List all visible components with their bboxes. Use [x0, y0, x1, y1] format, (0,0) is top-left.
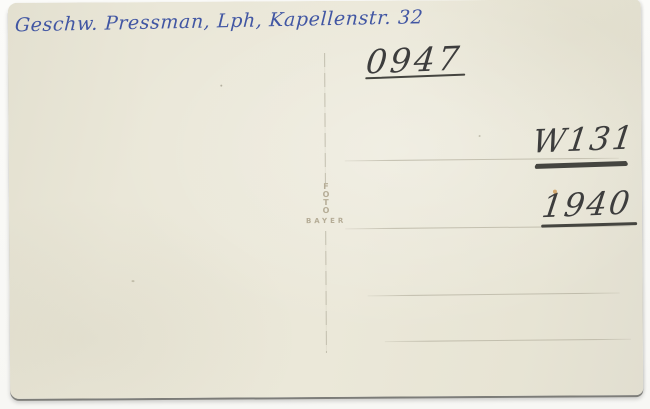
postcard-back: Geschw. Pressman, Lph, Kapellenstr. 32 0… — [8, 0, 643, 399]
address-line — [385, 339, 631, 342]
divider-line-top — [324, 53, 326, 183]
handwritten-negative-number: 0947 — [365, 41, 464, 78]
paper-speck — [553, 190, 557, 194]
paper-speck — [479, 135, 481, 137]
paper-speck — [220, 85, 222, 87]
paper-speck — [131, 280, 134, 282]
underline-code — [535, 162, 628, 169]
divider-line-bottom — [325, 231, 327, 353]
watermark-letter: O — [299, 207, 353, 215]
watermark-brand: BAYER — [299, 217, 353, 225]
foto-bayer-watermark: F O T O BAYER — [299, 183, 353, 225]
address-line — [368, 293, 620, 297]
handwritten-address-note: Geschw. Pressman, Lph, Kapellenstr. 32 — [14, 5, 375, 38]
photo-backdrop: Geschw. Pressman, Lph, Kapellenstr. 32 0… — [0, 0, 650, 409]
handwritten-code: W131 — [531, 121, 637, 157]
